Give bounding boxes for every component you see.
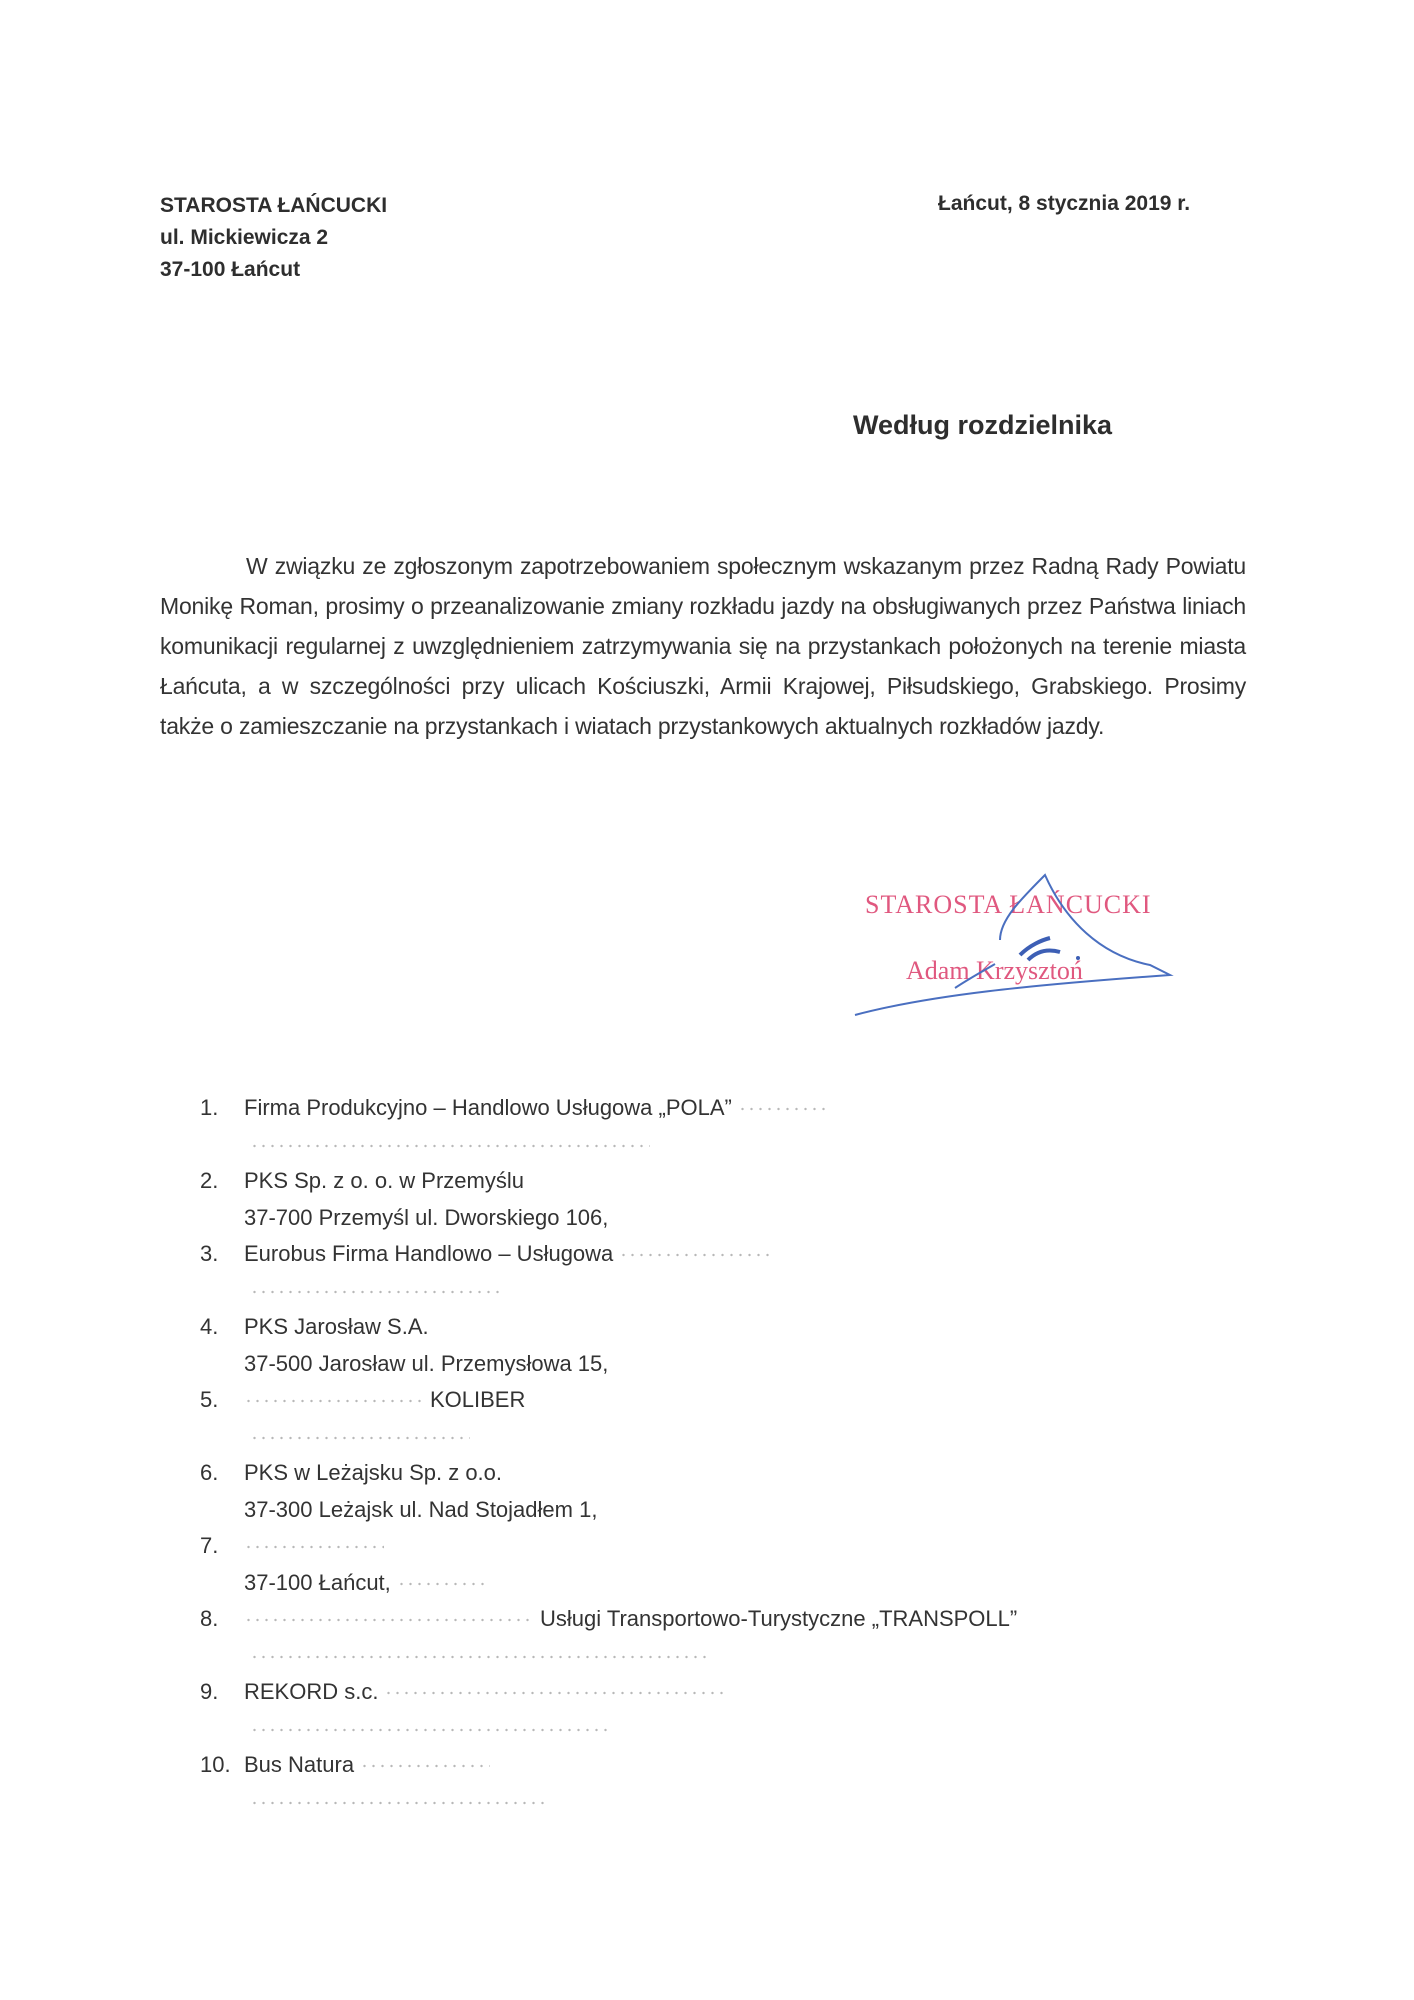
list-item: 9. REKORD s.c. bbox=[200, 1674, 1200, 1747]
body-paragraph: W związku ze zgłoszonym zapotrzebowaniem… bbox=[160, 546, 1246, 746]
redacted-text bbox=[244, 1544, 384, 1550]
letter-date: Łańcut, 8 stycznia 2019 r. bbox=[938, 192, 1190, 216]
list-item: 5. KOLIBER bbox=[200, 1382, 1200, 1455]
redacted-text bbox=[619, 1252, 769, 1258]
sender-block: STAROSTA ŁAŃCUCKI ul. Mickiewicza 2 37-1… bbox=[160, 190, 387, 286]
letter-body: W związku ze zgłoszonym zapotrzebowaniem… bbox=[160, 546, 1246, 746]
list-item: 6. PKS w Leżajsku Sp. z o.o. 37-300 Leża… bbox=[200, 1455, 1200, 1528]
signature-stamp: STAROSTA ŁAŃCUCKI Adam Krzysztoń bbox=[850, 860, 1190, 1025]
redacted-text bbox=[250, 1435, 470, 1441]
list-item: 1. Firma Produkcyjno – Handlowo Usługowa… bbox=[200, 1090, 1200, 1163]
recipient-heading: Według rozdzielnika bbox=[853, 410, 1112, 441]
sender-street: ul. Mickiewicza 2 bbox=[160, 222, 387, 254]
redacted-text bbox=[250, 1654, 710, 1660]
list-item: 8. Usługi Transportowo-Turystyczne „TRAN… bbox=[200, 1601, 1200, 1674]
list-item: 3. Eurobus Firma Handlowo – Usługowa bbox=[200, 1236, 1200, 1309]
redacted-text bbox=[738, 1106, 828, 1112]
redacted-text bbox=[397, 1581, 487, 1587]
distribution-list: 1. Firma Produkcyjno – Handlowo Usługowa… bbox=[200, 1090, 1200, 1820]
list-item: 4. PKS Jarosław S.A. 37-500 Jarosław ul.… bbox=[200, 1309, 1200, 1382]
list-item: 7. 37-100 Łańcut, bbox=[200, 1528, 1200, 1601]
redacted-text bbox=[250, 1727, 610, 1733]
redacted-text bbox=[250, 1800, 550, 1806]
sender-name: STAROSTA ŁAŃCUCKI bbox=[160, 190, 387, 222]
handwritten-signature-icon bbox=[850, 860, 1190, 1025]
redacted-text bbox=[360, 1763, 490, 1769]
redacted-text bbox=[250, 1143, 650, 1149]
list-item: 10. Bus Natura bbox=[200, 1747, 1200, 1820]
sender-city: 37-100 Łańcut bbox=[160, 254, 387, 286]
redacted-text bbox=[244, 1617, 534, 1623]
redacted-text bbox=[384, 1690, 724, 1696]
redacted-text bbox=[244, 1398, 424, 1404]
redacted-text bbox=[250, 1289, 500, 1295]
list-item: 2. PKS Sp. z o. o. w Przemyślu 37-700 Pr… bbox=[200, 1163, 1200, 1236]
